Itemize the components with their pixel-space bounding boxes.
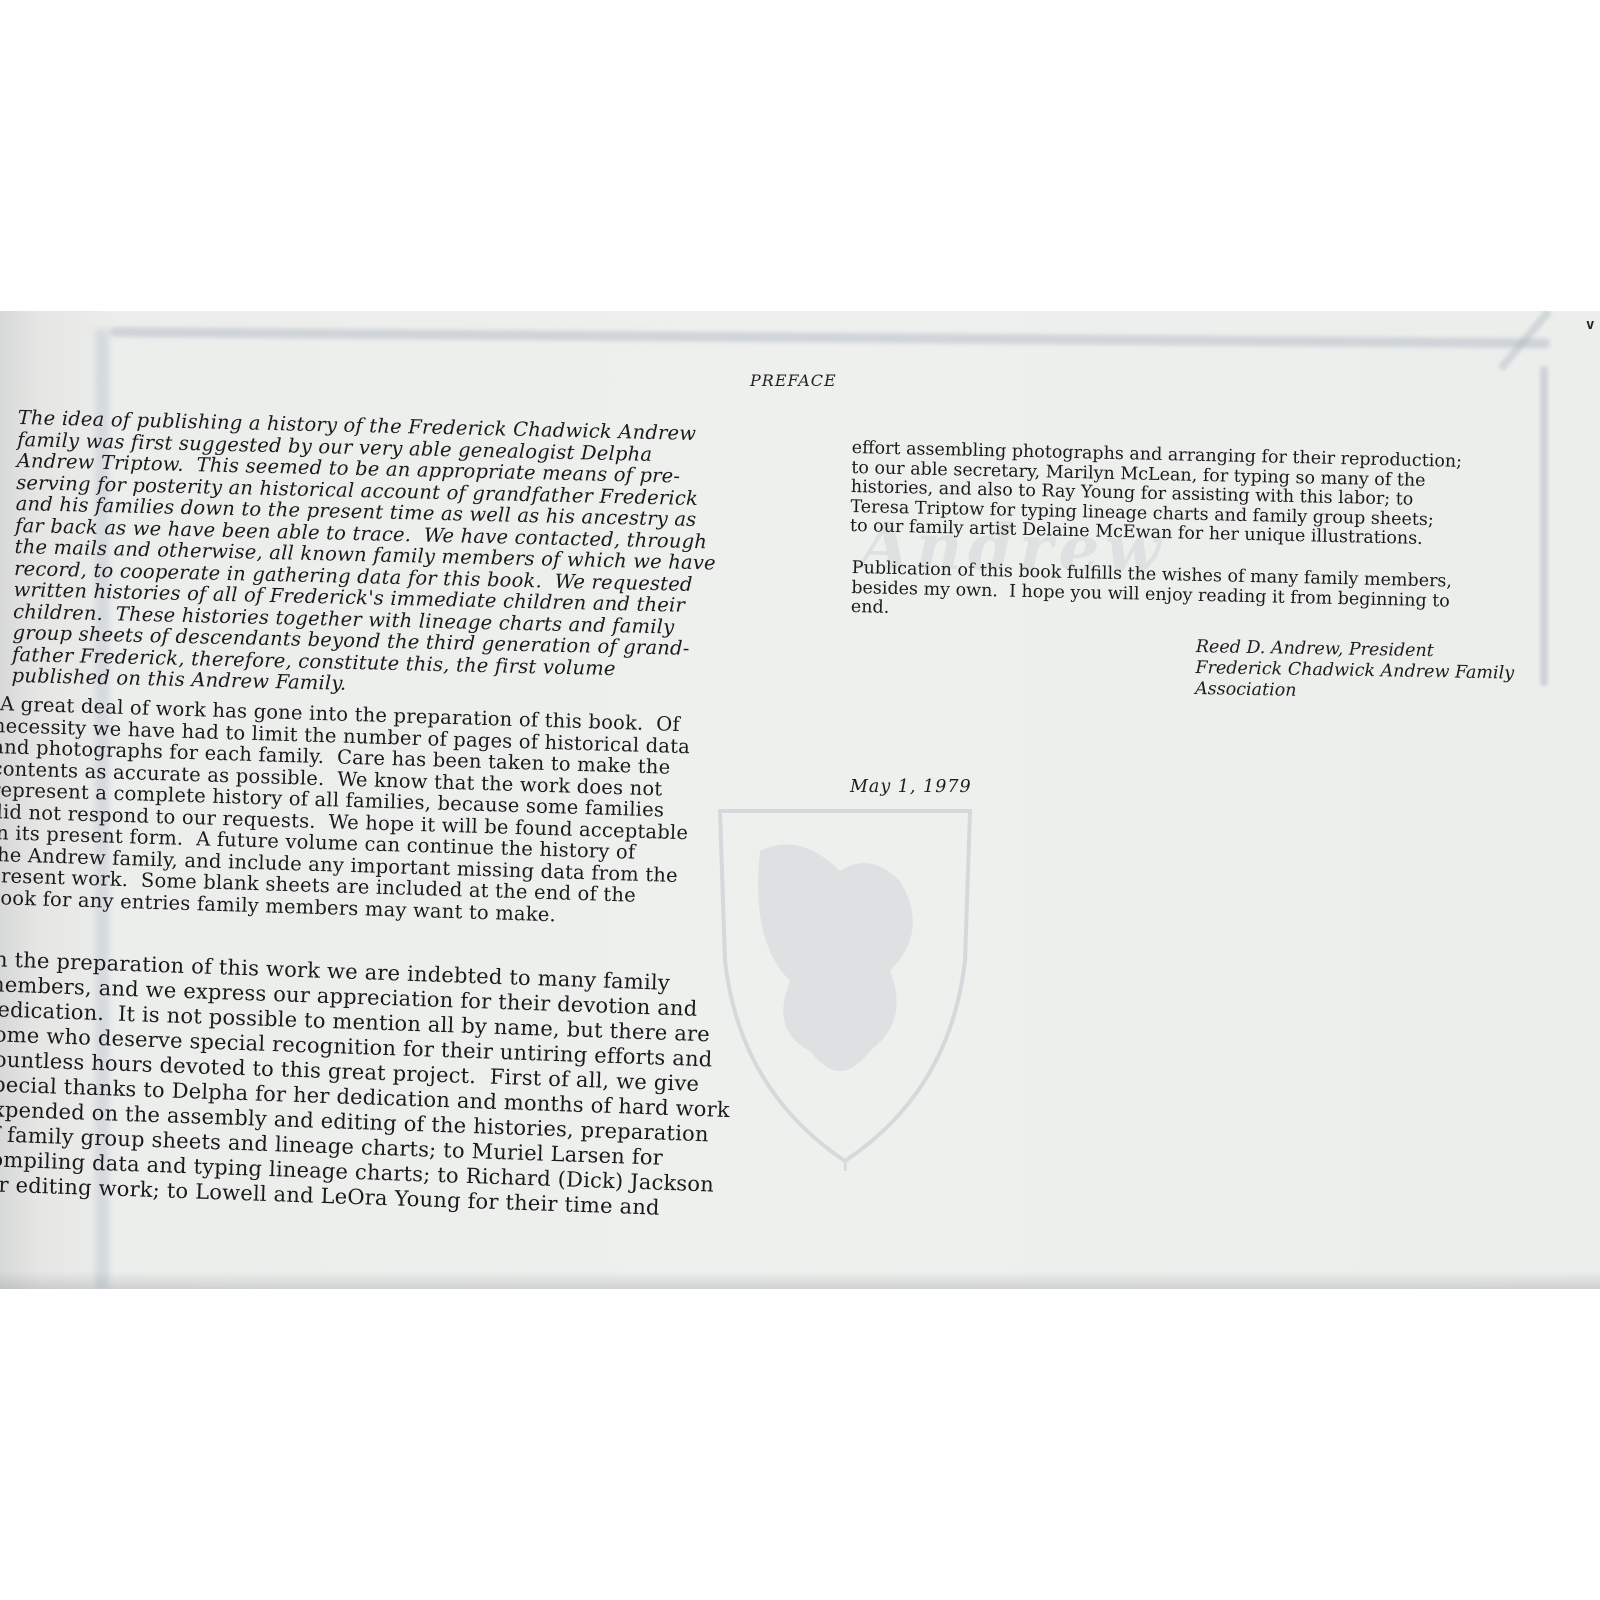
coat-of-arms-watermark-icon [700, 791, 990, 1171]
preface-paragraph-4: Publication of this book fulfills the wi… [851, 559, 1453, 631]
page-border-right [1540, 366, 1548, 686]
book-page: v Andrew PREFACE The idea of publishing … [0, 311, 1600, 1289]
page-number: v [1586, 317, 1594, 333]
preface-paragraph-3-continued: effort assembling photographs and arrang… [850, 439, 1462, 550]
page-border-top [110, 327, 1550, 348]
signature-block: Reed D. Andrew, PresidentFrederick Chadw… [1195, 637, 1515, 706]
preface-paragraph-2: A great deal of work has gone into the p… [0, 693, 692, 929]
preface-paragraph-1: The idea of publishing a history of the … [11, 407, 719, 703]
page-title: PREFACE [750, 371, 837, 390]
preface-paragraph-3: In the preparation of this work we are i… [0, 947, 735, 1223]
preface-date: May 1, 1979 [850, 777, 972, 797]
page-shadow [0, 1271, 1600, 1289]
